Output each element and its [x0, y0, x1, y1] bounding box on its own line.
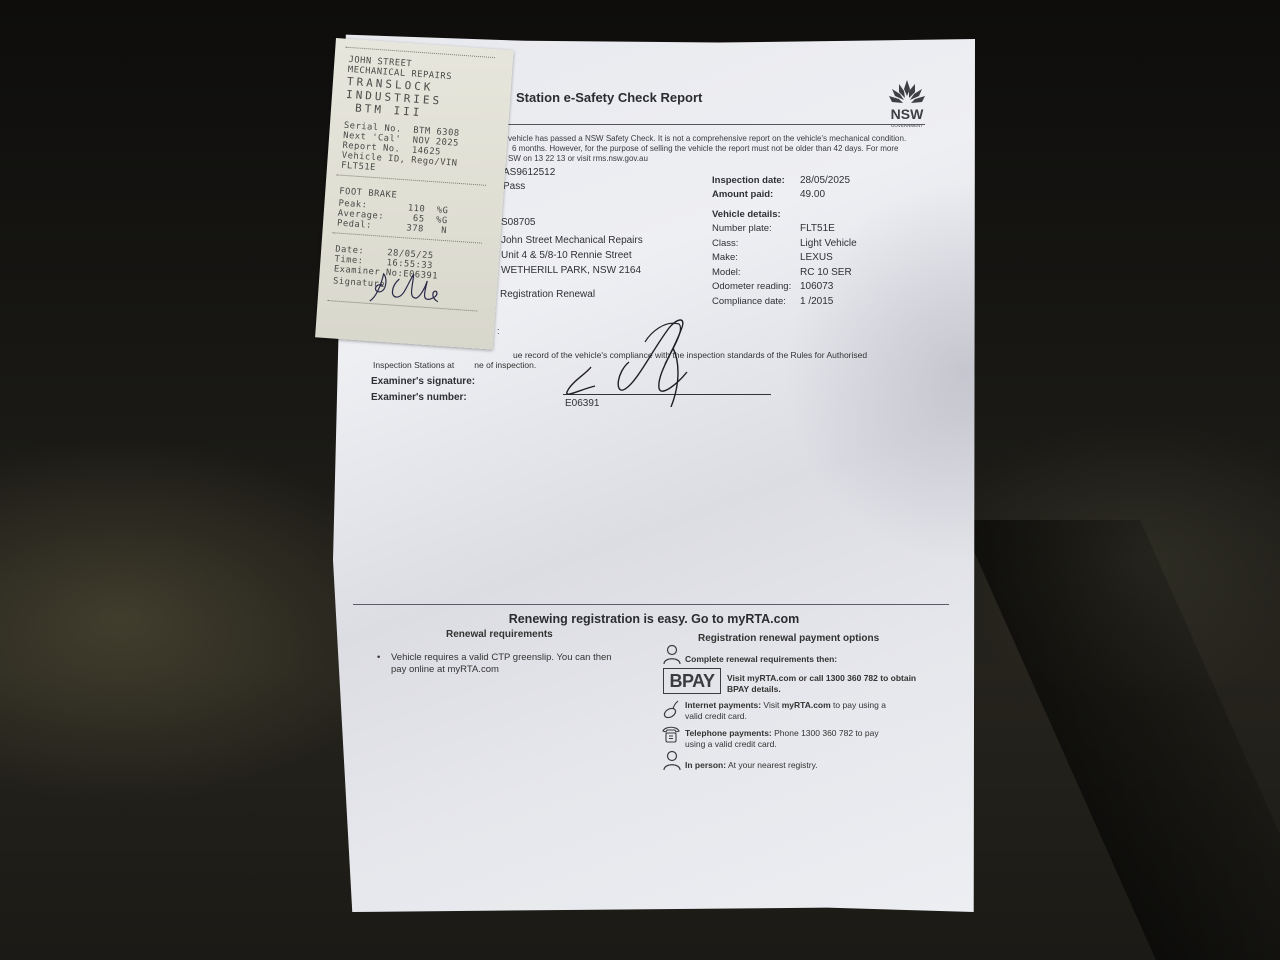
vehicle-detail-value: RC 10 SER — [800, 266, 852, 281]
requirements-bullet-icon: • — [377, 652, 380, 664]
vehicle-details-heading: Vehicle details: — [712, 208, 781, 223]
complete-requirements-text: Complete renewal requirements then: — [685, 654, 837, 665]
requirements-text: Vehicle requires a valid CTP greenslip. … — [391, 652, 612, 675]
brake-test-receipt: JOHN STREET MECHANICAL REPAIRS TRANSLOCK… — [315, 38, 513, 350]
examiner-signature — [561, 312, 701, 407]
section-divider — [353, 604, 949, 605]
telephone-payments-text: Telephone payments: Phone 1300 360 782 t… — [685, 728, 879, 749]
vehicle-detail-label: Make: — [712, 251, 738, 266]
renewal-requirements-heading: Renewal requirements — [446, 629, 553, 640]
in-person-text: In person: At your nearest registry. — [685, 760, 818, 771]
vehicle-detail-label: Number plate: — [712, 222, 772, 237]
background-shadow — [960, 520, 1280, 960]
amount-paid-label: Amount paid: — [712, 188, 773, 203]
vehicle-detail-value: 1 /2015 — [800, 295, 833, 310]
examiner-signature-label: Examiner's signature: — [371, 376, 475, 387]
intro-text: vehicle has passed a NSW Safety Check. I… — [508, 134, 906, 164]
station-address-line-1: Unit 4 & 5/8-10 Rennie Street — [501, 249, 632, 264]
report-number: AS9612512 — [503, 166, 555, 181]
telephone-icon — [662, 724, 680, 744]
bpay-logo-icon: BPAY — [663, 668, 721, 694]
examiner-number-label: Examiner's number: — [371, 392, 467, 403]
vehicle-detail-value: FLT51E — [800, 222, 835, 237]
computer-mouse-icon — [661, 700, 679, 720]
person-icon — [663, 750, 681, 770]
station-name: John Street Mechanical Repairs — [501, 234, 643, 249]
report-title: Station e-Safety Check Report — [516, 90, 702, 105]
vehicle-detail-label: Compliance date: — [712, 295, 786, 310]
vehicle-detail-value: 106073 — [800, 280, 833, 295]
svg-text:NSW: NSW — [891, 106, 924, 122]
nsw-government-logo-icon: NSW GOVERNMENT — [885, 76, 929, 130]
receipt-brand-3: BTM III — [355, 104, 423, 119]
header-divider — [505, 124, 925, 125]
vehicle-detail-label: Odometer reading: — [712, 280, 791, 295]
person-icon — [663, 644, 681, 664]
vehicle-detail-label: Model: — [712, 266, 741, 281]
inspection-result: Pass — [503, 180, 525, 195]
inspection-reason: Registration Renewal — [500, 288, 595, 303]
examiner-number: E06391 — [565, 397, 599, 412]
vehicle-detail-value: Light Vehicle — [800, 237, 857, 252]
amount-paid: 49.00 — [800, 188, 825, 203]
renewal-heading: Renewing registration is easy. Go to myR… — [333, 612, 975, 626]
internet-payments-text: Internet payments: Visit myRTA.com to pa… — [685, 700, 886, 721]
receipt-signature — [368, 263, 451, 308]
station-number: S08705 — [501, 216, 535, 231]
payment-options-heading: Registration renewal payment options — [698, 633, 879, 644]
vehicle-detail-value: LEXUS — [800, 251, 833, 266]
vehicle-detail-label: Class: — [712, 237, 738, 252]
inspection-date: 28/05/2025 — [800, 174, 850, 189]
receipt-vehicle-id: FLT51E — [341, 161, 376, 173]
inspection-date-label: Inspection date: — [712, 174, 785, 189]
bpay-instructions: Visit myRTA.com or call 1300 360 782 to … — [727, 673, 916, 694]
station-address-line-2: WETHERILL PARK, NSW 2164 — [501, 264, 641, 279]
